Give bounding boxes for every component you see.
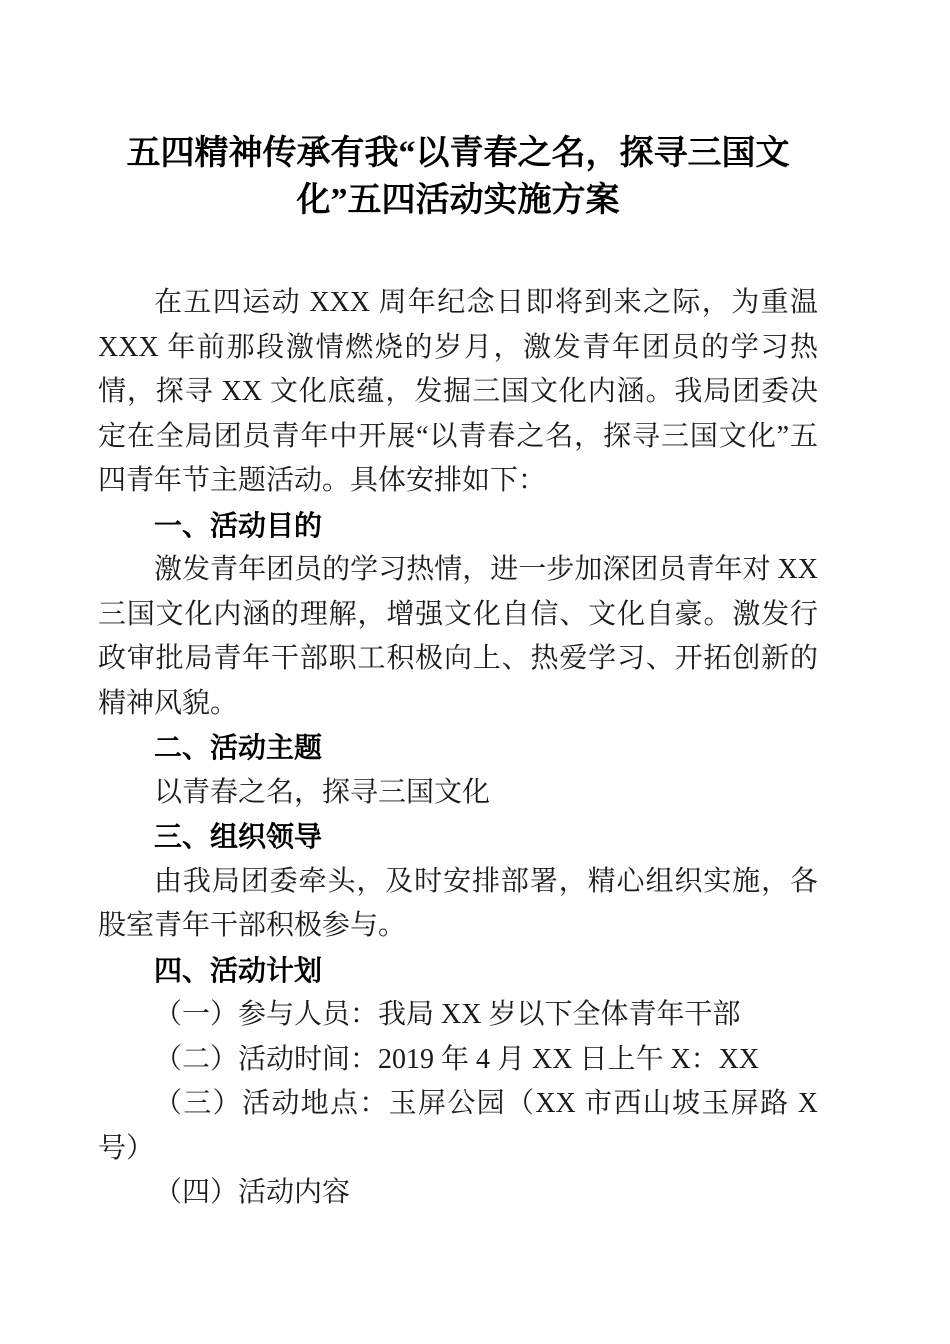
section-body-purpose: 激发青年团员的学习热情，进一步加深团员青年对 XX 三国文化内涵的理解，增强文化… xyxy=(98,548,818,726)
document-title-line-2: 化”五四活动实施方案 xyxy=(98,177,818,224)
document-title: 五四精神传承有我“以青春之名，探寻三国文 化”五四活动实施方案 xyxy=(98,130,818,224)
plan-item-time: （二）活动时间：2019 年 4 月 XX 日上午 X：XX xyxy=(98,1038,818,1083)
document-title-line-1: 五四精神传承有我“以青春之名，探寻三国文 xyxy=(98,130,818,177)
section-body-theme: 以青春之名，探寻三国文化 xyxy=(98,771,818,816)
section-body-organization: 由我局团委牵头，及时安排部署，精心组织实施，各股室青年干部积极参与。 xyxy=(98,860,818,949)
section-heading-plan: 四、活动计划 xyxy=(98,949,818,994)
intro-paragraph: 在五四运动 XXX 周年纪念日即将到来之际，为重温 XXX 年前那段激情燃烧的岁… xyxy=(98,281,818,504)
plan-item-location: （三）活动地点：玉屏公园（XX 市西山坡玉屏路 X 号） xyxy=(98,1082,818,1171)
section-heading-organization: 三、组织领导 xyxy=(98,815,818,860)
plan-item-content: （四）活动内容 xyxy=(98,1171,818,1216)
plan-item-participants: （一）参与人员：我局 XX 岁以下全体青年干部 xyxy=(98,993,818,1038)
section-heading-purpose: 一、活动目的 xyxy=(98,504,818,549)
document-page: 五四精神传承有我“以青春之名，探寻三国文 化”五四活动实施方案 在五四运动 XX… xyxy=(0,0,950,1344)
section-heading-theme: 二、活动主题 xyxy=(98,726,818,771)
